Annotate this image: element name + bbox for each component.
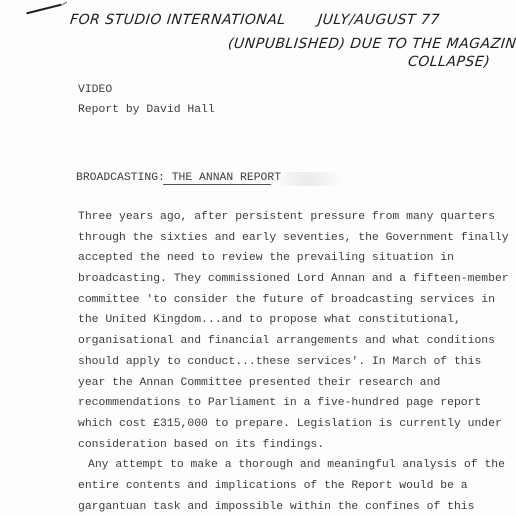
body-line: committee 'to consider the future of bro… — [78, 290, 509, 311]
body-line: consideration based on its findings. — [78, 435, 509, 456]
paper-smudge — [272, 172, 342, 186]
body-line: broadcasting. They commissioned Lord Ann… — [78, 269, 509, 290]
body-line: should apply to conduct...these services… — [78, 352, 509, 373]
handwritten-issue-date: JULY/AUGUST 77 — [317, 12, 440, 28]
body-line: recommendations to Parliament in a five-… — [78, 393, 509, 414]
body-line: organisational and financial arrangement… — [78, 331, 509, 352]
body-line: accepted the need to review the prevaili… — [78, 248, 509, 269]
byline: Report by David Hall — [78, 104, 215, 116]
body-line-paragraph-start: Any attempt to make a thorough and meani… — [78, 455, 509, 476]
handwritten-collapse-note: COLLAPSE) — [407, 54, 491, 70]
pen-stroke-mark — [26, 4, 61, 15]
handwritten-publication-note: FOR STUDIO INTERNATIONAL — [69, 12, 286, 28]
body-line: through the sixties and early seventies,… — [78, 228, 509, 249]
body-line: entire contents and implications of the … — [78, 476, 509, 497]
body-line: the United Kingdom...and to propose what… — [78, 310, 509, 331]
article-heading: BROADCASTING: THE ANNAN REPORT — [76, 172, 281, 184]
section-label: VIDEO — [78, 84, 112, 96]
heading-underline — [163, 184, 271, 185]
article-body: Three years ago, after persistent pressu… — [78, 207, 509, 516]
body-line: Three years ago, after persistent pressu… — [78, 207, 509, 228]
body-line: gargantuan task and impossible within th… — [78, 497, 509, 516]
body-line: year the Annan Committee presented their… — [78, 373, 509, 394]
body-line: which cost £315,000 to prepare. Legislat… — [78, 414, 509, 435]
pen-tick-mark — [62, 2, 67, 5]
handwritten-unpublished-note: (UNPUBLISHED) DUE TO THE MAGAZINE'S — [227, 36, 516, 52]
